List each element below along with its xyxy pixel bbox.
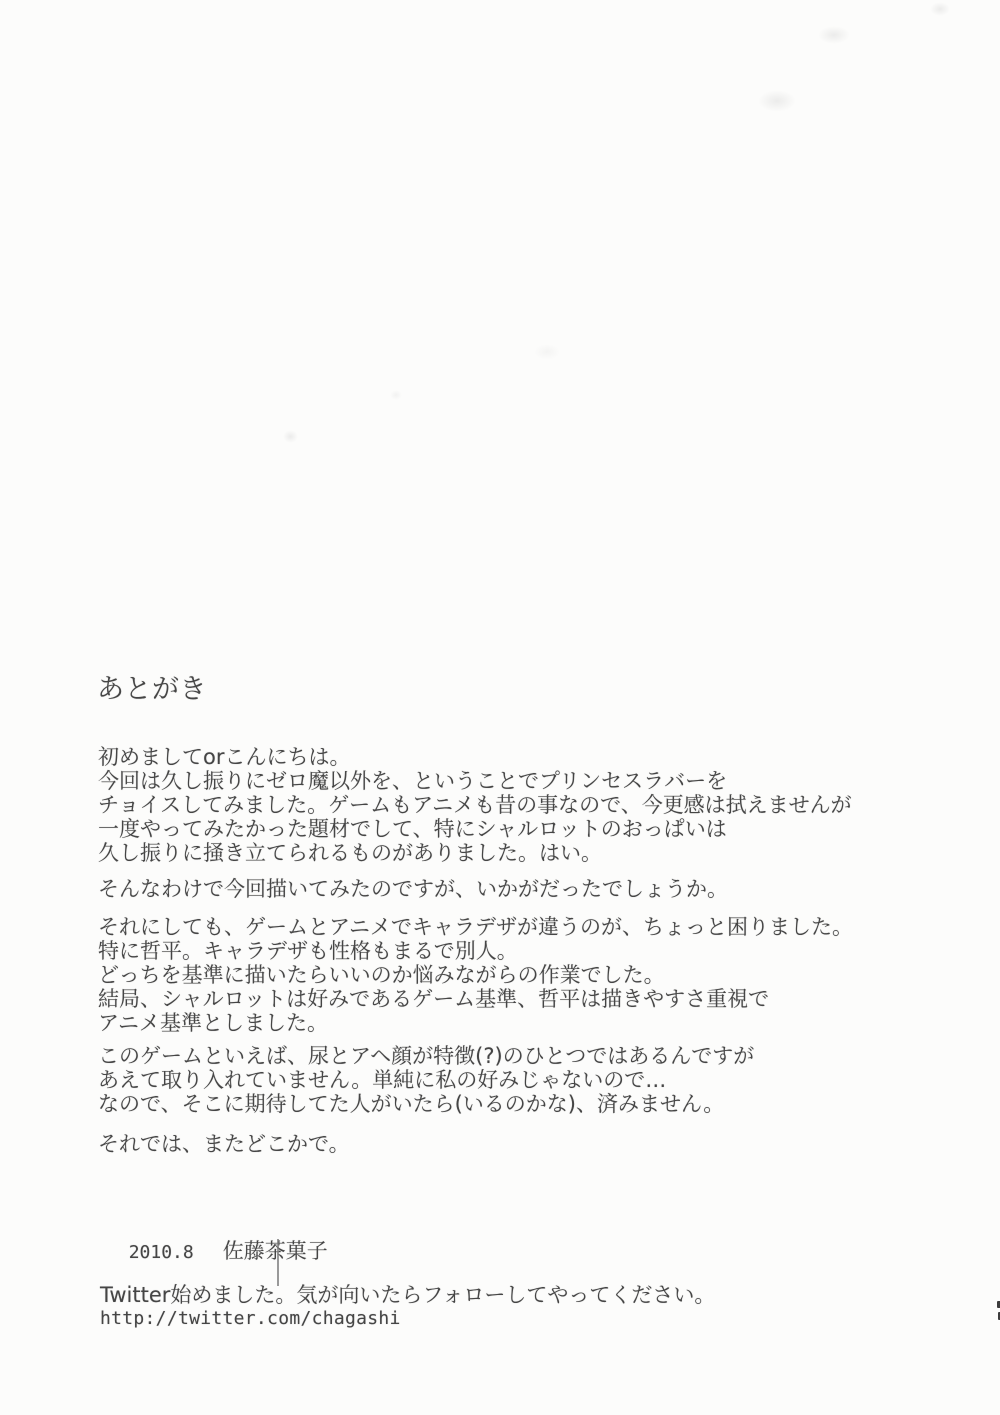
text-line: 結局、シャルロットは好みであるゲーム基準、哲平は描きやすさ重視で [98,987,853,1011]
twitter-block: Twitter始めました。気が向いたらフォローしてやってください。 http:/… [100,1283,715,1331]
scan-smudge [930,2,950,16]
scan-artifact-vertical-line [277,1239,279,1286]
scan-smudge [758,90,796,112]
scan-smudge [390,390,402,400]
text-line: 今回は久し振りにゼロ魔以外を、ということでプリンセスラバーを [98,769,852,793]
text-line: あえて取り入れていません。単純に私の好みじゃないので… [98,1068,754,1092]
text-line: アニメ基準としました。 [98,1011,853,1035]
text-line: 特に哲平。キャラデザも性格もまるで別人。 [98,939,853,963]
page-number-edge-mark [994,1301,1000,1323]
text-line: それにしても、ゲームとアニメでキャラデザが違うのが、ちょっと困りました。 [98,915,853,939]
scan-smudge [534,344,560,360]
signature-author-name: 佐藤茶菓子 [223,1239,328,1263]
scan-smudge [818,26,850,44]
afterword-page: あとがき 初めましてorこんにちは。 今回は久し振りにゼロ魔以外を、ということで… [0,0,1000,1415]
text-line: 一度やってみたかった題材でして、特にシャルロットのおっぱいは [98,817,852,841]
text-line: 久し振りに掻き立てられるものがありました。はい。 [98,841,852,865]
paragraph-game-features: このゲームといえば、尿とアヘ顔が特徴(?)のひとつではあるんですが あえて取り入… [98,1044,754,1116]
text-line: どっちを基準に描いたらいいのか悩みながらの作業でした。 [98,963,853,987]
signature-line: 2010.8佐藤茶菓子 [102,1212,328,1292]
paragraph-how-was-it: そんなわけで今回描いてみたのですが、いかがだったでしょうか。 [98,877,728,901]
text-line: そんなわけで今回描いてみたのですが、いかがだったでしょうか。 [98,877,728,901]
text-line: このゲームといえば、尿とアヘ顔が特徴(?)のひとつではあるんですが [98,1044,754,1068]
paragraph-chara-design: それにしても、ゲームとアニメでキャラデザが違うのが、ちょっと困りました。 特に哲… [98,915,853,1035]
signature-date: 2010.8 [129,1242,194,1263]
twitter-url-text: http://twitter.com/chagashi [100,1307,715,1331]
text-line: なので、そこに期待してた人がいたら(いるのかな)、済みません。 [98,1092,754,1116]
page-title: あとがき [97,674,207,706]
text-line: 初めましてorこんにちは。 [98,745,852,769]
twitter-note: Twitter始めました。気が向いたらフォローしてやってください。 [100,1283,715,1307]
text-line: それでは、またどこかで。 [98,1132,350,1156]
paragraph-farewell: それでは、またどこかで。 [98,1132,350,1156]
text-line: チョイスしてみました。ゲームもアニメも昔の事なので、今更感は拭えませんが [98,793,852,817]
paragraph-intro: 初めましてorこんにちは。 今回は久し振りにゼロ魔以外を、ということでプリンセス… [98,745,852,865]
scan-smudge [283,430,298,443]
